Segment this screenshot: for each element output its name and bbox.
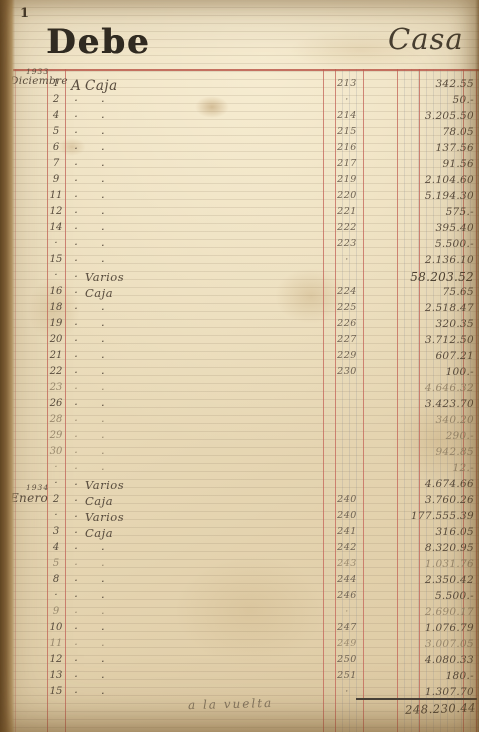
- amount-cell: 1.076.79: [390, 622, 474, 634]
- folio-cell: 227: [334, 334, 360, 345]
- folio-cell: 243: [334, 558, 360, 569]
- ledger-row: 10 · · 247 1.076.79: [0, 621, 479, 637]
- entry-ditto-cell: ·: [70, 334, 82, 347]
- entry-cell: Caja: [85, 526, 113, 540]
- entry-ditto-cell: ·: [70, 286, 82, 299]
- amount-cell: 2.518.47: [390, 302, 474, 314]
- ledger-row: 22 · · 230 100.-: [0, 365, 479, 381]
- ledger-row: 8 · · 244 2.350.42: [0, 573, 479, 589]
- day-cell: 9: [47, 606, 65, 617]
- ledger-row: 11 · · 249 3.007.05: [0, 637, 479, 653]
- sum-line: [356, 698, 477, 700]
- ledger-row: 6 · · 216 137.56: [0, 141, 479, 157]
- day-cell: 28: [47, 414, 65, 425]
- amount-cell: 316.05: [390, 526, 474, 538]
- folio-cell: 242: [334, 542, 360, 553]
- entry-ditto-cell: ·: [70, 494, 82, 507]
- amount-cell: 2.136.10: [390, 254, 474, 266]
- day-cell: 30: [47, 446, 65, 457]
- entry-cell: ·: [101, 158, 105, 172]
- day-cell: 10: [47, 622, 65, 633]
- amount-cell: 100.-: [390, 366, 474, 378]
- ledger-row: 12 · · 250 4.080.33: [0, 653, 479, 669]
- day-cell: 2: [47, 494, 65, 505]
- amount-cell: 2.350.42: [390, 574, 474, 586]
- ledger-row: 9 · · 219 2.104.60: [0, 173, 479, 189]
- entry-cell: ·: [101, 142, 105, 156]
- entry-ditto-cell: ·: [70, 174, 82, 187]
- entry-ditto-cell: ·: [70, 638, 82, 651]
- ledger-row: 1 A Caja 213 342.55: [0, 77, 479, 93]
- ledger-row: 7 · · 217 91.56: [0, 157, 479, 173]
- amount-cell: 942.85: [390, 446, 474, 458]
- entry-cell: ·: [101, 254, 105, 268]
- day-cell: ·: [47, 590, 65, 601]
- ledger-row: 11 · · 220 5.194.30: [0, 189, 479, 205]
- amount-cell: 1.307.70: [390, 686, 474, 698]
- entry-ditto-cell: ·: [70, 126, 82, 139]
- day-cell: ·: [47, 462, 65, 473]
- entry-ditto-cell: ·: [70, 462, 82, 475]
- entry-ditto-cell: ·: [70, 302, 82, 315]
- ledger-row: 9 · · · 2.690.17: [0, 605, 479, 621]
- folio-cell: 219: [334, 174, 360, 185]
- day-cell: 23: [47, 382, 65, 393]
- folio-cell: 226: [334, 318, 360, 329]
- amount-cell: 5.500.-: [390, 590, 474, 602]
- ledger-row: · · · 246 5.500.-: [0, 589, 479, 605]
- amount-cell: 12.-: [390, 462, 474, 474]
- amount-cell: 320.35: [390, 318, 474, 330]
- entry-cell: ·: [101, 174, 105, 188]
- folio-cell: 250: [334, 654, 360, 665]
- folio-cell: 246: [334, 590, 360, 601]
- folio-cell: 240: [334, 510, 360, 521]
- entry-cell: Caja: [85, 78, 118, 94]
- day-cell: 20: [47, 334, 65, 345]
- amount-cell: 58.203.52: [390, 270, 474, 284]
- entry-cell: ·: [101, 638, 105, 652]
- entry-cell: ·: [101, 94, 105, 108]
- day-cell: ·: [47, 238, 65, 249]
- ledger-row: 12 · · 221 575.-: [0, 205, 479, 221]
- folio-cell: 251: [334, 670, 360, 681]
- day-cell: ·: [47, 510, 65, 521]
- amount-cell: 5.500.-: [390, 238, 474, 250]
- day-cell: 4: [47, 110, 65, 121]
- entry-cell: ·: [101, 622, 105, 636]
- amount-cell: 2.690.17: [390, 606, 474, 618]
- day-cell: 16: [47, 286, 65, 297]
- ledger-row: 26 · · 3.423.70: [0, 397, 479, 413]
- entry-cell: ·: [101, 558, 105, 572]
- ledger-row: 5 · · 243 1.031.76: [0, 557, 479, 573]
- day-cell: 12: [47, 206, 65, 217]
- day-cell: 6: [47, 142, 65, 153]
- amount-cell: 340.20: [390, 414, 474, 426]
- folio-cell: ·: [334, 686, 360, 697]
- day-cell: 5: [47, 126, 65, 137]
- entry-cell: ·: [101, 190, 105, 204]
- ledger-table: 1 A Caja 213 342.55 2 · · · 50.- 4 · · 2…: [0, 0, 479, 732]
- entry-ditto-cell: ·: [70, 414, 82, 427]
- folio-cell: 223: [334, 238, 360, 249]
- entry-cell: ·: [101, 350, 105, 364]
- ledger-row: 14 · · 222 395.40: [0, 221, 479, 237]
- amount-cell: 137.56: [390, 142, 474, 154]
- amount-cell: 75.65: [390, 286, 474, 298]
- day-cell: 19: [47, 318, 65, 329]
- entry-ditto-cell: ·: [70, 382, 82, 395]
- day-cell: 8: [47, 574, 65, 585]
- entry-cell: ·: [101, 302, 105, 316]
- entry-ditto-cell: ·: [70, 142, 82, 155]
- day-cell: 14: [47, 222, 65, 233]
- entry-ditto-cell: ·: [70, 222, 82, 235]
- folio-cell: 229: [334, 350, 360, 361]
- ledger-row: · · Varios 58.203.52: [0, 269, 479, 285]
- entry-cell: ·: [101, 366, 105, 380]
- folio-cell: 213: [334, 78, 360, 89]
- entry-cell: ·: [101, 334, 105, 348]
- folio-cell: 244: [334, 574, 360, 585]
- entry-cell: Caja: [85, 286, 113, 300]
- entry-ditto-cell: ·: [70, 110, 82, 123]
- entry-ditto-cell: ·: [70, 398, 82, 411]
- day-cell: 13: [47, 670, 65, 681]
- ledger-row: 20 · · 227 3.712.50: [0, 333, 479, 349]
- amount-cell: 78.05: [390, 126, 474, 138]
- folio-cell: 222: [334, 222, 360, 233]
- entry-ditto-cell: ·: [70, 526, 82, 539]
- ledger-row: 15 · · · 2.136.10: [0, 253, 479, 269]
- day-cell: ·: [47, 478, 65, 489]
- amount-cell: 290.-: [390, 430, 474, 442]
- day-cell: ·: [47, 270, 65, 281]
- ledger-row: · · Varios 4.674.66: [0, 477, 479, 493]
- entry-cell: ·: [101, 382, 105, 396]
- entry-cell: ·: [101, 574, 105, 588]
- folio-cell: 249: [334, 638, 360, 649]
- day-cell: 18: [47, 302, 65, 313]
- amount-cell: 3.007.05: [390, 638, 474, 650]
- day-cell: 12: [47, 654, 65, 665]
- ledger-row: 2 · · · 50.-: [0, 93, 479, 109]
- amount-cell: 50.-: [390, 94, 474, 106]
- entry-ditto-cell: ·: [70, 542, 82, 555]
- entry-ditto-cell: ·: [70, 606, 82, 619]
- folio-cell: 215: [334, 126, 360, 137]
- folio-cell: ·: [334, 606, 360, 617]
- entry-ditto-cell: ·: [70, 590, 82, 603]
- entry-ditto-cell: ·: [70, 430, 82, 443]
- amount-cell: 8.320.95: [390, 542, 474, 554]
- folio-cell: 224: [334, 286, 360, 297]
- ledger-row: · · · 223 5.500.-: [0, 237, 479, 253]
- amount-cell: 2.104.60: [390, 174, 474, 186]
- entry-cell: Varios: [85, 478, 124, 492]
- entry-cell: ·: [101, 110, 105, 124]
- entry-ditto-cell: ·: [70, 622, 82, 635]
- amount-cell: 3.205.50: [390, 110, 474, 122]
- folio-cell: 230: [334, 366, 360, 377]
- day-cell: 29: [47, 430, 65, 441]
- entry-ditto-cell: ·: [70, 206, 82, 219]
- entry-ditto-cell: ·: [70, 574, 82, 587]
- folio-cell: 240: [334, 494, 360, 505]
- entry-ditto-cell: ·: [70, 270, 82, 283]
- day-cell: 11: [47, 190, 65, 201]
- ledger-row: · · Varios 240 177.555.39: [0, 509, 479, 525]
- folio-cell: 241: [334, 526, 360, 537]
- day-cell: 5: [47, 558, 65, 569]
- entry-ditto-cell: ·: [70, 558, 82, 571]
- carry-forward-note: a la vuelta: [188, 696, 274, 712]
- folio-cell: 221: [334, 206, 360, 217]
- day-cell: 26: [47, 398, 65, 409]
- ledger-row: 18 · · 225 2.518.47: [0, 301, 479, 317]
- entry-ditto-cell: ·: [70, 94, 82, 107]
- entry-cell: ·: [101, 670, 105, 684]
- entry-ditto-cell: ·: [70, 158, 82, 171]
- day-cell: 4: [47, 542, 65, 553]
- entry-ditto-cell: ·: [70, 478, 82, 491]
- entry-cell: ·: [101, 590, 105, 604]
- amount-cell: 3.712.50: [390, 334, 474, 346]
- amount-cell: 4.646.32: [390, 382, 474, 394]
- folio-cell: 220: [334, 190, 360, 201]
- amount-cell: 180.-: [390, 670, 474, 682]
- ledger-row: 4 · · 214 3.205.50: [0, 109, 479, 125]
- amount-cell: 395.40: [390, 222, 474, 234]
- entry-ditto-cell: ·: [70, 510, 82, 523]
- entry-ditto-cell: ·: [70, 366, 82, 379]
- entry-cell: ·: [101, 222, 105, 236]
- day-cell: 3: [47, 526, 65, 537]
- amount-cell: 1.031.76: [390, 558, 474, 570]
- amount-cell: 3.760.26: [390, 494, 474, 506]
- amount-cell: 607.21: [390, 350, 474, 362]
- ledger-row: 4 · · 242 8.320.95: [0, 541, 479, 557]
- entry-cell: ·: [101, 318, 105, 332]
- entry-ditto-cell: ·: [70, 238, 82, 251]
- amount-cell: 3.423.70: [390, 398, 474, 410]
- day-cell: 22: [47, 366, 65, 377]
- ledger-row: 21 · · 229 607.21: [0, 349, 479, 365]
- entry-cell: ·: [101, 542, 105, 556]
- page-edge: [475, 0, 479, 732]
- amount-cell: 4.674.66: [390, 478, 474, 490]
- day-cell: 9: [47, 174, 65, 185]
- amount-cell: 91.56: [390, 158, 474, 170]
- amount-cell: 177.555.39: [390, 510, 474, 522]
- ledger-row: 23 · · 4.646.32: [0, 381, 479, 397]
- ledger-row: 19 · · 226 320.35: [0, 317, 479, 333]
- entry-ditto-cell: ·: [70, 318, 82, 331]
- entry-cell: ·: [101, 206, 105, 220]
- folio-cell: 216: [334, 142, 360, 153]
- folio-cell: 225: [334, 302, 360, 313]
- entry-ditto-cell: ·: [70, 446, 82, 459]
- entry-cell: ·: [101, 430, 105, 444]
- ledger-row: 3 · Caja 241 316.05: [0, 525, 479, 541]
- entry-cell: ·: [101, 398, 105, 412]
- amount-cell: 575.-: [390, 206, 474, 218]
- ledger-row: 16 · Caja 224 75.65: [0, 285, 479, 301]
- day-cell: 21: [47, 350, 65, 361]
- folio-cell: 247: [334, 622, 360, 633]
- ledger-row: 13 · · 251 180.-: [0, 669, 479, 685]
- ledger-row: 29 · · 290.-: [0, 429, 479, 445]
- entry-ditto-cell: ·: [70, 190, 82, 203]
- entry-cell: ·: [101, 126, 105, 140]
- entry-cell: ·: [101, 446, 105, 460]
- entry-ditto-cell: ·: [70, 350, 82, 363]
- entry-ditto-cell: ·: [70, 686, 82, 699]
- entry-cell: Caja: [85, 494, 113, 508]
- folio-cell: 217: [334, 158, 360, 169]
- entry-cell: ·: [101, 606, 105, 620]
- ledger-page: 1 Debe Casa 1933 Diciembre 1934 Enero 1 …: [0, 0, 479, 732]
- entry-cell: ·: [101, 654, 105, 668]
- ledger-row: · · · 12.-: [0, 461, 479, 477]
- binding-edge: [0, 0, 15, 732]
- entry-ditto-cell: ·: [70, 654, 82, 667]
- entry-ditto-cell: A: [70, 78, 82, 94]
- entry-cell: ·: [101, 686, 105, 700]
- day-cell: 15: [47, 686, 65, 697]
- day-cell: 2: [47, 94, 65, 105]
- folio-cell: 214: [334, 110, 360, 121]
- entry-cell: ·: [101, 414, 105, 428]
- amount-cell: 342.55: [390, 78, 474, 90]
- entry-cell: Varios: [85, 510, 124, 524]
- entry-cell: ·: [101, 238, 105, 252]
- ledger-row: 2 · Caja 240 3.760.26: [0, 493, 479, 509]
- folio-cell: ·: [334, 254, 360, 265]
- amount-cell: 5.194.30: [390, 190, 474, 202]
- amount-cell: 4.080.33: [390, 654, 474, 666]
- folio-cell: ·: [334, 94, 360, 105]
- day-cell: 1: [47, 78, 65, 89]
- day-cell: 11: [47, 638, 65, 649]
- entry-ditto-cell: ·: [70, 254, 82, 267]
- entry-cell: Varios: [85, 270, 124, 284]
- entry-ditto-cell: ·: [70, 670, 82, 683]
- day-cell: 7: [47, 158, 65, 169]
- entry-cell: ·: [101, 462, 105, 476]
- ledger-row: 30 · · 942.85: [0, 445, 479, 461]
- day-cell: 15: [47, 254, 65, 265]
- ledger-row: 5 · · 215 78.05: [0, 125, 479, 141]
- ledger-row: 28 · · 340.20: [0, 413, 479, 429]
